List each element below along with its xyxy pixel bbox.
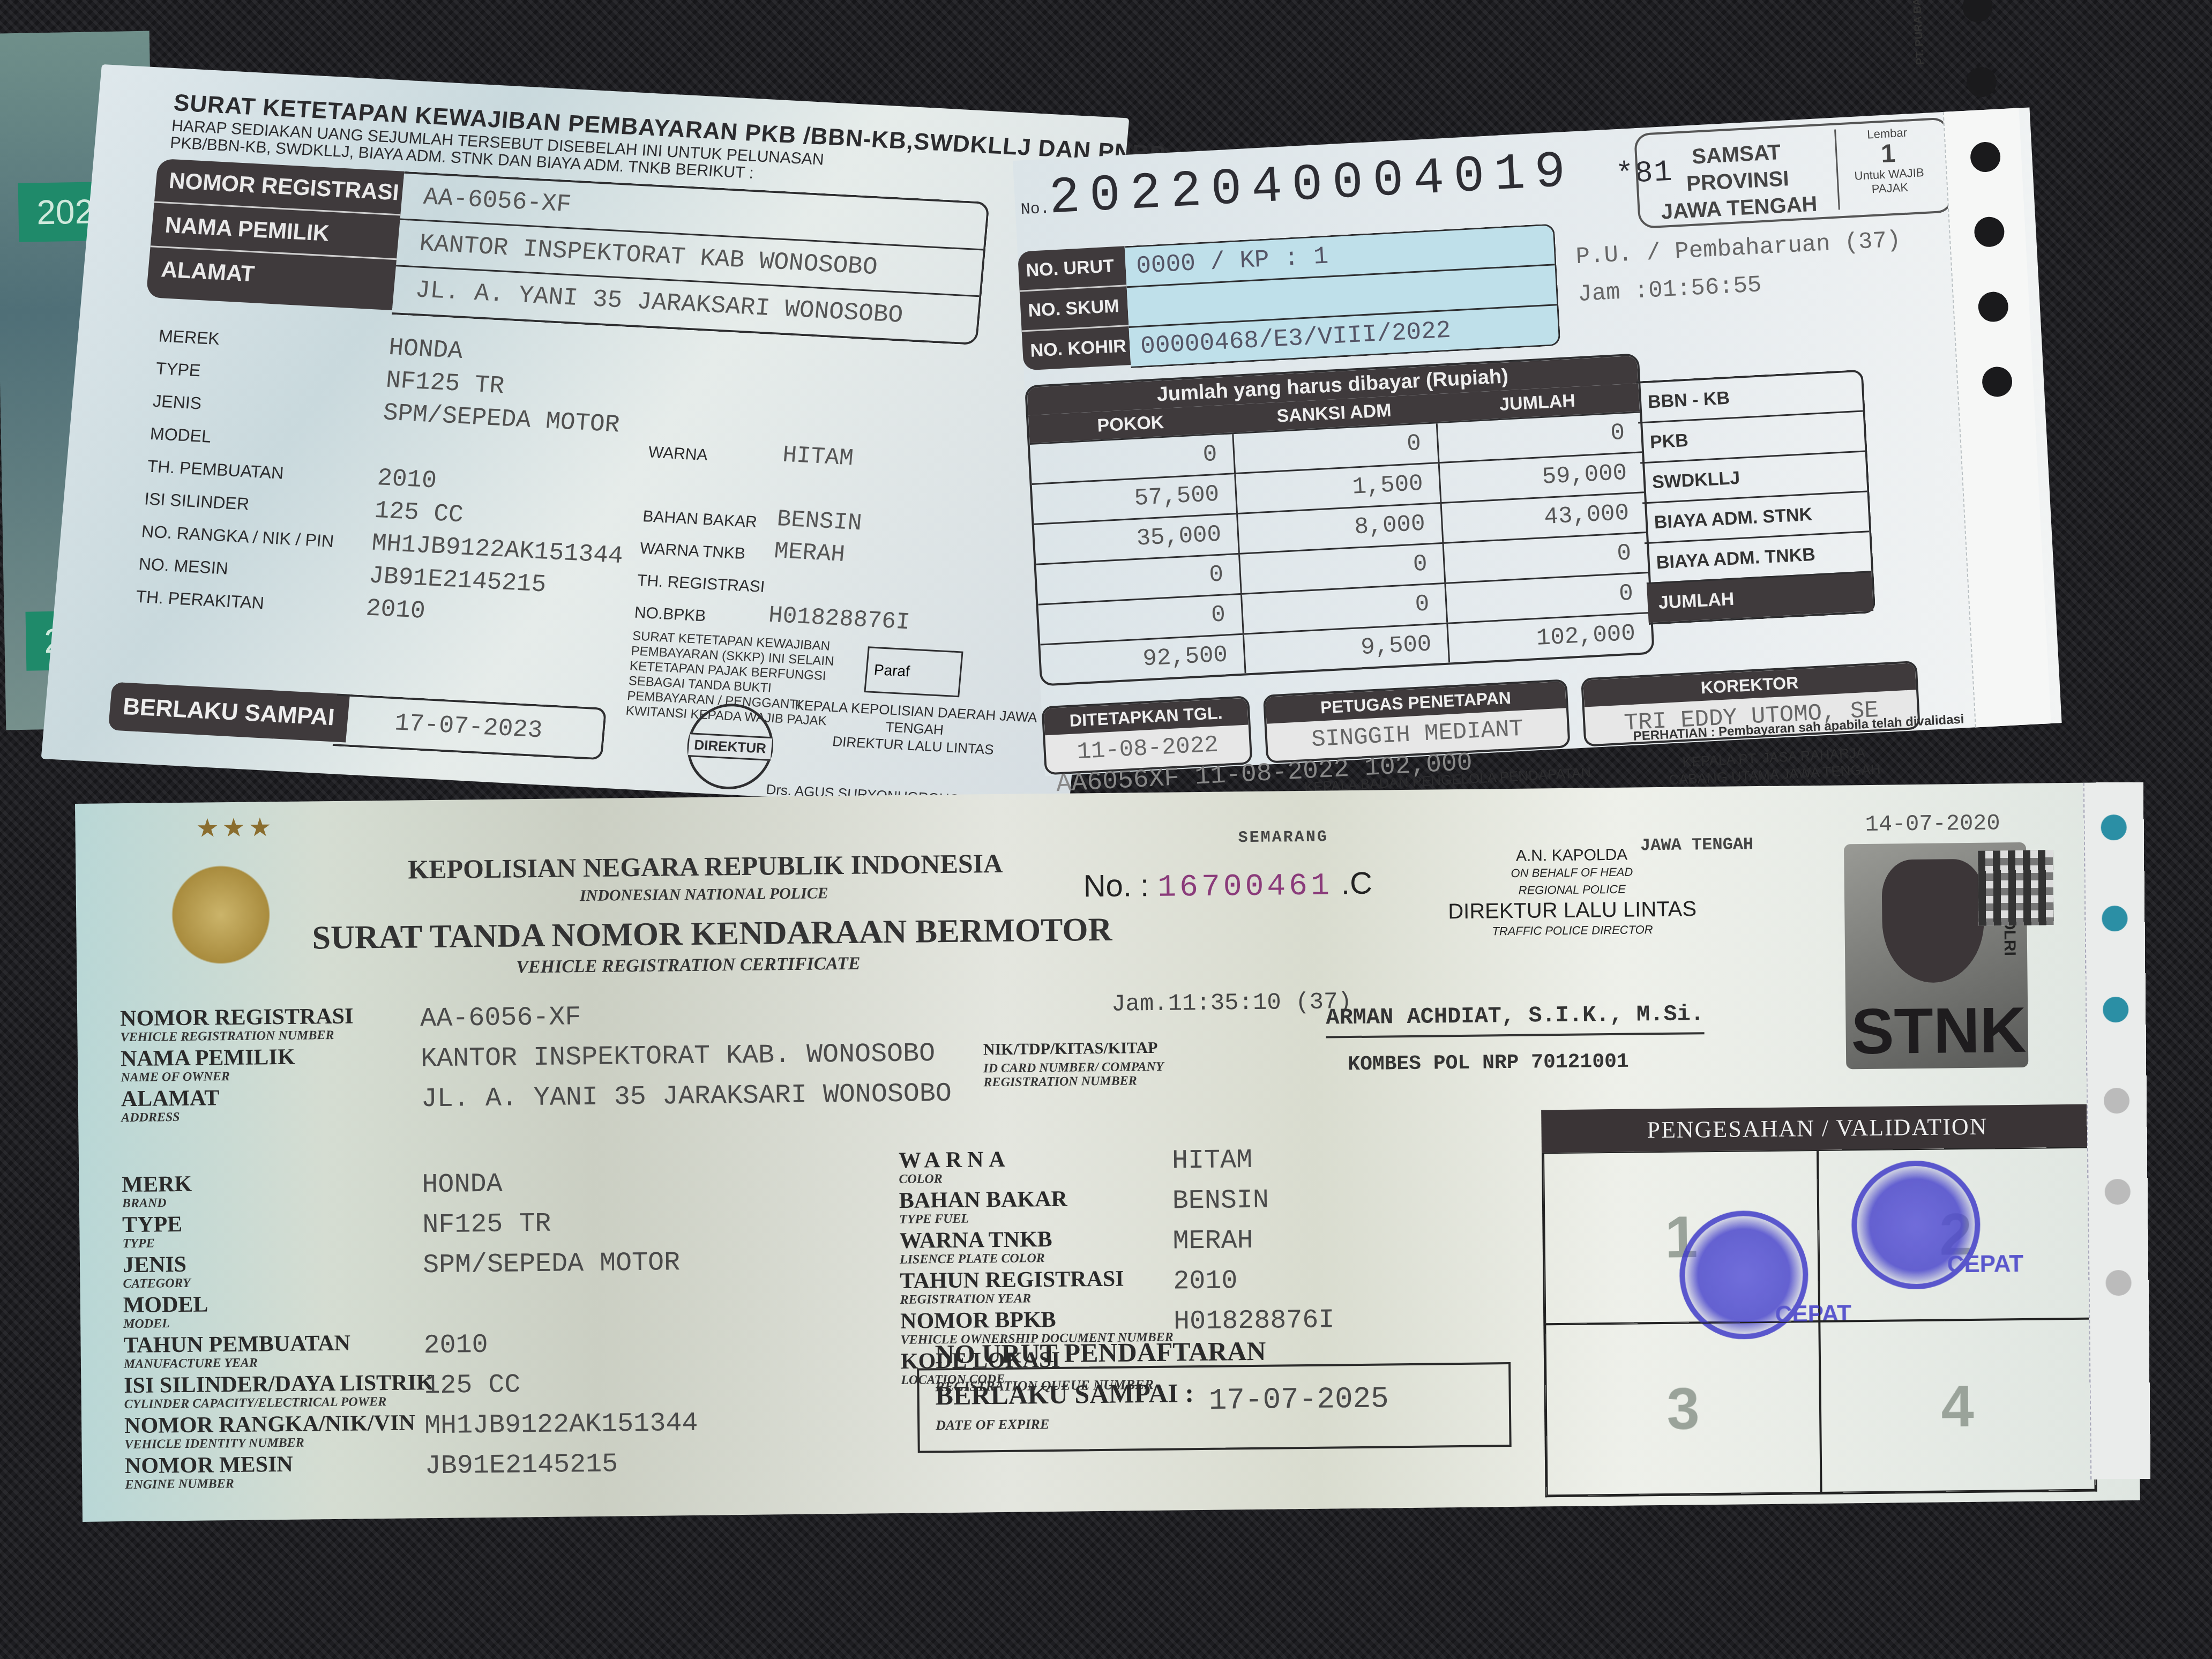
value-nomor-registrasi: AA-6056-XF [420, 1002, 581, 1034]
police-shield-icon [1881, 859, 1984, 983]
payment-table: Jumlah yang harus dibayar (Rupiah) POKOK… [1025, 353, 1655, 686]
validation-header: PENGESAHAN / VALIDATION [1541, 1104, 2094, 1153]
field-jenis: JENISCATEGORY [123, 1253, 191, 1291]
qr-code-icon [1978, 850, 2053, 925]
officer-nrp: KOMBES POL NRP 70121001 [1348, 1050, 1629, 1076]
value-tahun-registrasi: 2010 [1173, 1266, 1238, 1297]
perforated-strip: PT. PURA BARUTAMA [1943, 108, 2051, 728]
stnk-header-police: KEPOLISIAN NEGARA REPUBLIK INDONESIA [408, 848, 1003, 885]
value-warna: HITAM [1172, 1145, 1253, 1177]
samsat-title: SAMSAT PROVINSI JAWA TENGAH [1647, 137, 1828, 226]
samsat-box: SAMSAT PROVINSI JAWA TENGAH Lembar 1 Unt… [1634, 117, 1954, 229]
berlaku-sampai-label: BERLAKU SAMPAI : [935, 1377, 1194, 1411]
skkp-document: SURAT KETETAPAN KEWAJIBAN PEMBAYARAN PKB… [41, 64, 1130, 812]
field-warna-tnkb: WARNA TNKBLISENCE PLATE COLOR [899, 1228, 1052, 1267]
value-nomor-rangka: MH1JB9122AK151344 [424, 1408, 698, 1441]
field-tahun-registrasi: TAHUN REGISTRASIREGISTRATION YEAR [900, 1267, 1124, 1307]
field-type: TYPETYPE [122, 1213, 183, 1251]
field-nama-pemilik: NAMA PEMILIKNAME OF OWNER [121, 1045, 295, 1085]
no-labels: NO. URUT NO. SKUM NO. KOHIR [1018, 246, 1131, 370]
field-isi-silinder: ISI SILINDER/DAYA LISTRIKCYLINDER CAPACI… [124, 1371, 434, 1411]
value-tahun-pembuatan: 2010 [423, 1330, 488, 1361]
payment-item-labels: BBN - KB PKB SWDKLLJ BIAYA ADM. STNK BIA… [1636, 369, 1875, 625]
stnk-header-police-en: INDONESIAN NATIONAL POLICE [580, 884, 828, 905]
stnk-title: SURAT TANDA NOMOR KENDARAAN BERMOTOR [312, 911, 1112, 958]
mid-labels: WARNA BAHAN BAKAR WARNA TNKB TH. REGISTR… [633, 436, 777, 635]
validation-panel: PENGESAHAN / VALIDATION 1 CEPAT 2 CEPAT … [1541, 1104, 2097, 1496]
no-values: 0000 / KP : 1 00000468/E3/VIII/2022 [1125, 223, 1561, 368]
value-nama-pemilik: KANTOR INSPEKTORAT KAB. WONOSOBO [421, 1038, 936, 1074]
validation-grid: 1 CEPAT 2 CEPAT 3 4 [1542, 1147, 2097, 1498]
officer-name: ARMAN ACHDIAT, S.I.K., M.Si. [1326, 1001, 1704, 1038]
perforated-strip [2083, 782, 2151, 1479]
kapolda-block: A.N. KAPOLDA ON BEHALF OF HEAD REGIONAL … [1447, 846, 1697, 940]
validation-cell-3: 3 [1545, 1321, 1821, 1496]
validation-cell-4: 4 [1819, 1319, 2095, 1493]
validation-cell-2: 2 CEPAT [1818, 1147, 2094, 1321]
spec-values: HONDA NF125 TR SPM/SEPEDA MOTOR 2010 125… [364, 332, 641, 638]
value-no-bpkb: H01828876I [767, 600, 911, 639]
value-type: NF125 TR [422, 1209, 551, 1241]
field-nomor-registrasi: NOMOR REGISTRASIVEHICLE REGISTRATION NUM… [120, 1005, 354, 1045]
field-merk: MERKBRAND [122, 1172, 192, 1210]
spec-labels: MEREK TYPE JENIS MODEL TH. PEMBUATAN ISI… [134, 319, 353, 623]
field-nik: NIK/TDP/KITAS/KITAPID CARD NUMBER/ COMPA… [983, 1035, 1230, 1089]
field-nomor-mesin: NOMOR MESINENGINE NUMBER [125, 1453, 294, 1492]
value-nomor-bpkb: H01828876I [1174, 1305, 1335, 1337]
mid-values: HITAM BENSIN MERAH H01828876I [767, 439, 925, 639]
label-warna: WARNA [647, 436, 777, 475]
validation-stamp-icon: CEPAT [1851, 1160, 1981, 1290]
issue-city: SEMARANG [1238, 828, 1328, 848]
validation-stamp-icon: CEPAT [1679, 1210, 1809, 1340]
label-no-kohir: NO. KOHIR [1022, 326, 1131, 370]
berlaku-sampai-value: 17-07-2025 [1208, 1381, 1389, 1418]
field-bahan-bakar: BAHAN BAKARTYPE FUEL [899, 1187, 1068, 1227]
berlaku-sampai-value: 17-07-2023 [332, 694, 607, 760]
lembar-box: Lembar 1 Untuk WAJIB PAJAK [1834, 124, 1942, 210]
date-of-expire-label: DATE OF EXPIRE [936, 1416, 1049, 1433]
value-bahan-bakar: BENSIN [1172, 1185, 1269, 1217]
owner-values: AA-6056-XF KANTOR INSPEKTORAT KAB WONOSO… [392, 171, 990, 345]
stnk-expiry-box: NO URUT PENDAFTARAN REGISTRATION QUEUE N… [917, 1362, 1512, 1453]
printer-credit: PT. PURA BARUTAMA [1909, 0, 1927, 65]
stnk-title-en: VEHICLE REGISTRATION CERTIFICATE [516, 954, 861, 978]
value-isi-silinder: 125 CC [424, 1370, 521, 1401]
value-alamat: JL. A. YANI 35 JARAKSARI WONOSOBO [421, 1079, 952, 1115]
issue-date: 14-07-2020 [1865, 810, 2000, 838]
validation-cell-1: 1 CEPAT [1543, 1150, 1819, 1324]
berlaku-sampai-label: BERLAKU SAMPAI [108, 682, 350, 743]
skkp-payment-panel: No.2022040004019 *81 SAMSAT PROVINSI JAW… [1013, 108, 2062, 776]
print-time: Jam.11:35:10 (37) [1111, 989, 1352, 1018]
label-no-urut: NO. URUT [1018, 246, 1127, 292]
field-nomor-rangka: NOMOR RANGKA/NIK/VINVEHICLE IDENTITY NUM… [124, 1411, 415, 1452]
stnk-document: ★★★ KEPOLISIAN NEGARA REPUBLIK INDONESIA… [75, 782, 2140, 1522]
owner-labels: NOMOR REGISTRASI NAMA PEMILIK ALAMAT [146, 159, 404, 310]
value-merk: HONDA [422, 1169, 503, 1201]
value-nomor-mesin: JB91E2145215 [425, 1449, 618, 1482]
paraf-box: Paraf [864, 646, 963, 697]
field-model: MODELMODEL [123, 1292, 208, 1331]
label-no-skum: NO. SKUM [1020, 286, 1129, 332]
stnk-number: No. : 16700461 .C [1083, 865, 1372, 907]
stars-icon: ★★★ [196, 812, 275, 843]
pembaharuan-text: P.U. / Pembaharuan (37) Jam :01:56:55 [1575, 222, 1904, 314]
value-jenis: SPM/SEPEDA MOTOR [423, 1247, 681, 1281]
field-alamat: ALAMATADDRESS [121, 1086, 220, 1125]
police-emblem-icon [167, 855, 275, 974]
value-warna-tnkb: MERAH [1172, 1225, 1253, 1257]
field-warna: WARNACOLOR [899, 1148, 1011, 1186]
field-tahun-pembuatan: TAHUN PEMBUATANMANUFACTURE YEAR [123, 1332, 350, 1371]
